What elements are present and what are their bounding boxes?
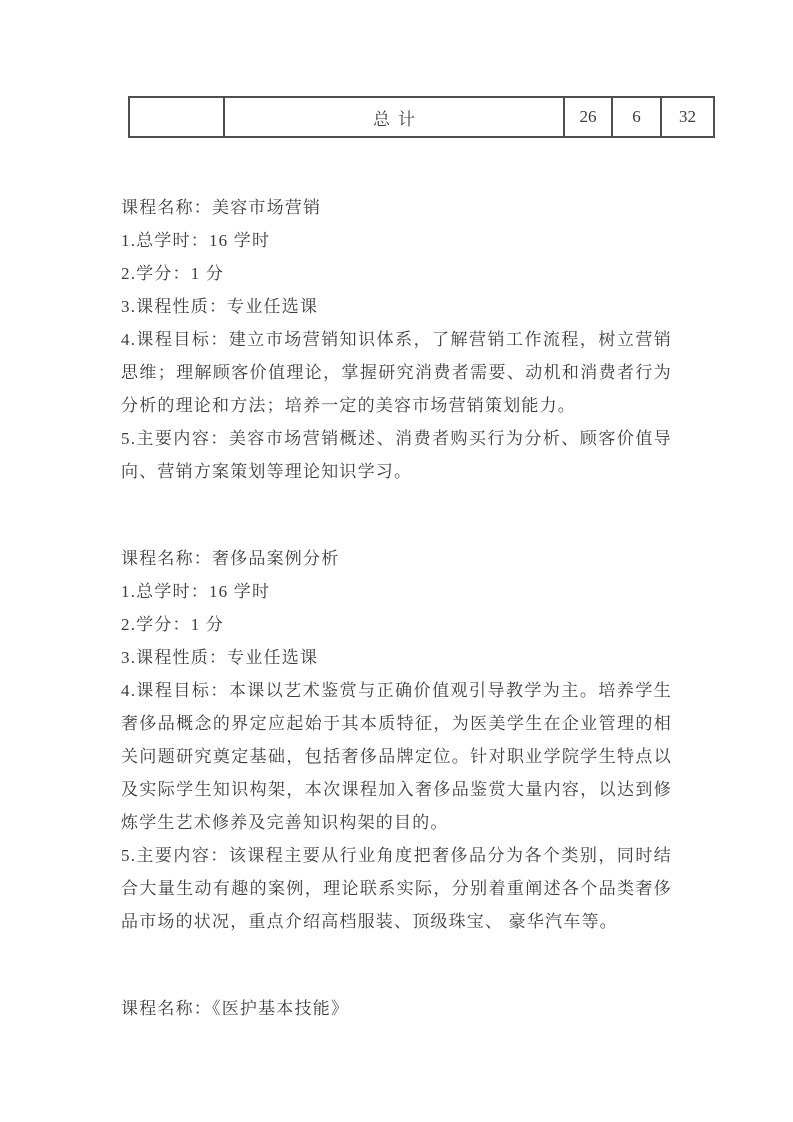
course-section-basic-medical-skills: 课程名称：《医护基本技能》	[121, 992, 672, 1025]
course-credits-line: 2.学分：1 分	[121, 608, 672, 641]
course-section-luxury-case-analysis: 课程名称：奢侈品案例分析 1.总学时：16 学时 2.学分：1 分 3.课程性质…	[121, 542, 672, 938]
course-main-content-paragraph: 5.主要内容：该课程主要从行业角度把奢侈品分为各个类别，同时结合大量生动有趣的案…	[121, 839, 672, 938]
document-page: { "page": { "background": "#ffffff", "te…	[0, 0, 793, 1122]
course-main-content-paragraph: 5.主要内容：美容市场营销概述、消费者购买行为分析、顾客价值导向、营销方案策划等…	[121, 422, 672, 488]
course-section-beauty-marketing: 课程名称：美容市场营销 1.总学时：16 学时 2.学分：1 分 3.课程性质：…	[121, 191, 672, 488]
table-cell-empty	[129, 97, 224, 137]
course-name-line: 课程名称：奢侈品案例分析	[121, 542, 672, 575]
course-name-line: 课程名称：《医护基本技能》	[121, 992, 672, 1025]
summary-table-total-row: 总计 26 6 32	[129, 97, 714, 137]
course-credits-line: 2.学分：1 分	[121, 257, 672, 290]
table-cell-value-26: 26	[564, 97, 612, 137]
table-cell-total-label: 总计	[224, 97, 564, 137]
course-type-line: 3.课程性质：专业任选课	[121, 641, 672, 674]
course-type-line: 3.课程性质：专业任选课	[121, 290, 672, 323]
table-cell-value-6: 6	[612, 97, 661, 137]
course-objectives-paragraph: 4.课程目标：建立市场营销知识体系，了解营销工作流程，树立营销思维；理解顾客价值…	[121, 323, 672, 422]
course-total-hours-line: 1.总学时：16 学时	[121, 575, 672, 608]
table-cell-value-32: 32	[661, 97, 714, 137]
course-objectives-paragraph: 4.课程目标：本课以艺术鉴赏与正确价值观引导教学为主。培养学生奢侈品概念的界定应…	[121, 674, 672, 839]
course-descriptions: 课程名称：美容市场营销 1.总学时：16 学时 2.学分：1 分 3.课程性质：…	[121, 191, 672, 1025]
summary-table: 总计 26 6 32	[128, 96, 715, 138]
course-total-hours-line: 1.总学时：16 学时	[121, 224, 672, 257]
course-name-line: 课程名称：美容市场营销	[121, 191, 672, 224]
